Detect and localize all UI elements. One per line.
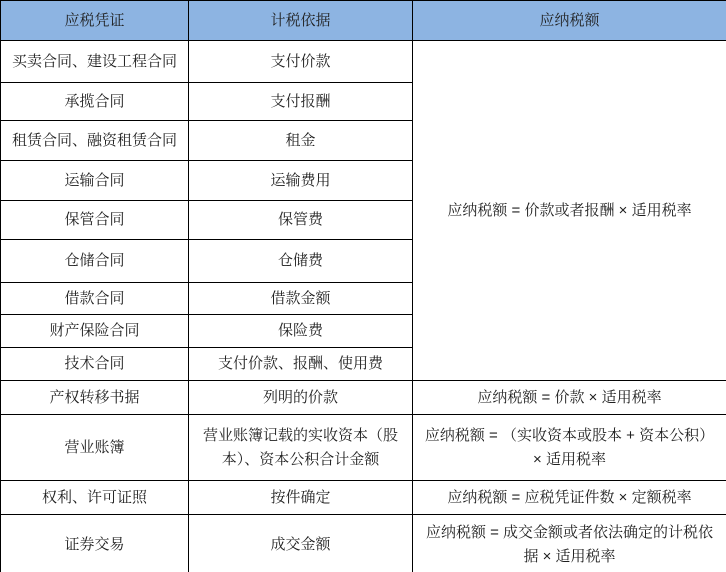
table-row: 证券交易 成交金额 应纳税额 = 成交金额或者依法确定的计税依据 × 适用税率	[1, 515, 726, 572]
voucher-cell: 承揽合同	[1, 83, 189, 121]
basis-cell: 支付报酬	[189, 83, 413, 121]
tax-table-page: 应税凭证 计税依据 应纳税额 买卖合同、建设工程合同 支付价款 应纳税额 = 价…	[0, 0, 726, 572]
table-row: 买卖合同、建设工程合同 支付价款 应纳税额 = 价款或者报酬 × 适用税率	[1, 41, 726, 83]
merged-formula-cell: 应纳税额 = 价款或者报酬 × 适用税率	[413, 41, 726, 381]
basis-cell: 仓储费	[189, 240, 413, 283]
basis-cell: 列明的价款	[189, 381, 413, 415]
formula-cell: 应纳税额 = 成交金额或者依法确定的计税依据 × 适用税率	[413, 515, 726, 572]
basis-cell: 支付价款、报酬、使用费	[189, 348, 413, 381]
voucher-cell: 买卖合同、建设工程合同	[1, 41, 189, 83]
table-row: 营业账簿 营业账簿记载的实收资本（股本）、资本公积合计金额 应纳税额 = （实收…	[1, 415, 726, 481]
voucher-cell: 借款合同	[1, 283, 189, 315]
header-voucher: 应税凭证	[1, 1, 189, 41]
voucher-cell: 产权转移书据	[1, 381, 189, 415]
basis-cell: 按件确定	[189, 481, 413, 515]
basis-cell: 租金	[189, 121, 413, 161]
voucher-cell: 仓储合同	[1, 240, 189, 283]
formula-cell: 应纳税额 = 应税凭证件数 × 定额税率	[413, 481, 726, 515]
header-payable: 应纳税额	[413, 1, 726, 41]
basis-cell: 运输费用	[189, 161, 413, 201]
table-row: 权利、许可证照 按件确定 应纳税额 = 应税凭证件数 × 定额税率	[1, 481, 726, 515]
basis-cell: 支付价款	[189, 41, 413, 83]
voucher-cell: 保管合同	[1, 201, 189, 240]
basis-cell: 借款金额	[189, 283, 413, 315]
voucher-cell: 运输合同	[1, 161, 189, 201]
basis-cell: 营业账簿记载的实收资本（股本）、资本公积合计金额	[189, 415, 413, 481]
voucher-cell: 权利、许可证照	[1, 481, 189, 515]
stamp-duty-table: 应税凭证 计税依据 应纳税额 买卖合同、建设工程合同 支付价款 应纳税额 = 价…	[0, 0, 726, 572]
table-row: 产权转移书据 列明的价款 应纳税额 = 价款 × 适用税率	[1, 381, 726, 415]
header-row: 应税凭证 计税依据 应纳税额	[1, 1, 726, 41]
header-basis: 计税依据	[189, 1, 413, 41]
basis-cell: 成交金额	[189, 515, 413, 572]
formula-cell: 应纳税额 = 价款 × 适用税率	[413, 381, 726, 415]
voucher-cell: 证券交易	[1, 515, 189, 572]
basis-cell: 保险费	[189, 315, 413, 348]
voucher-cell: 租赁合同、融资租赁合同	[1, 121, 189, 161]
formula-cell: 应纳税额 = （实收资本或股本 + 资本公积） × 适用税率	[413, 415, 726, 481]
voucher-cell: 财产保险合同	[1, 315, 189, 348]
basis-cell: 保管费	[189, 201, 413, 240]
voucher-cell: 技术合同	[1, 348, 189, 381]
voucher-cell: 营业账簿	[1, 415, 189, 481]
